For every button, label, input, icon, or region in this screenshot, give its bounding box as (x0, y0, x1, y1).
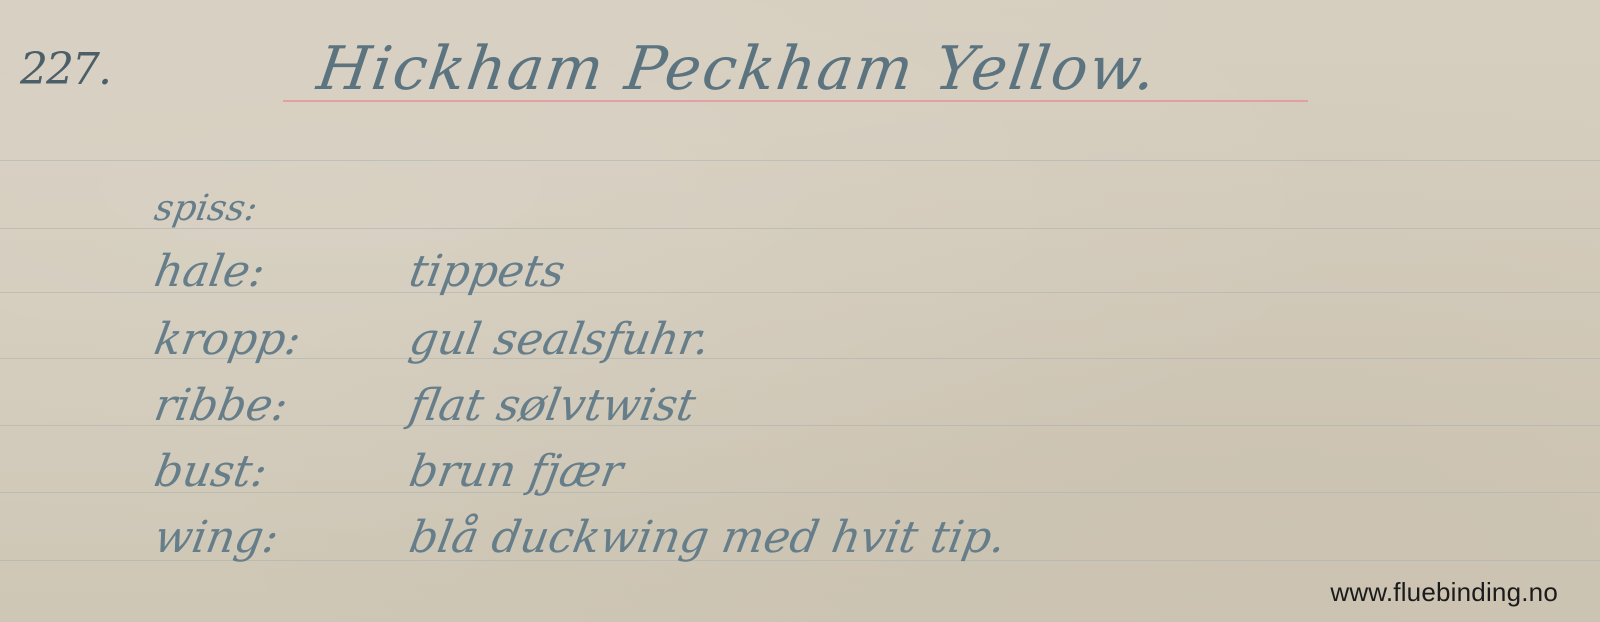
recipe-row-bust: bust:brun fjær (151, 446, 627, 497)
recipe-row-spiss: spiss: (151, 188, 413, 229)
recipe-label: hale: (151, 246, 415, 297)
recipe-row-hale: hale:tippets (151, 246, 569, 297)
watermark-url: www.fluebinding.no (1330, 577, 1558, 608)
recipe-value: gul sealsfuhr. (406, 314, 714, 365)
recipe-row-wing: wing:blå duckwing med hvit tip. (151, 512, 1010, 563)
recipe-card: 227. Hickham Peckham Yellow. spiss: hale… (0, 0, 1600, 622)
recipe-row-kropp: kropp:gul sealsfuhr. (151, 314, 714, 365)
card-number: 227. (20, 44, 110, 95)
recipe-value: brun fjær (406, 446, 627, 497)
recipe-row-ribbe: ribbe:flat sølvtwist (151, 380, 700, 431)
recipe-value: flat sølvtwist (406, 380, 700, 431)
recipe-label: bust: (151, 446, 415, 497)
recipe-label: wing: (151, 512, 415, 563)
ruled-line (0, 160, 1600, 161)
recipe-label: ribbe: (151, 380, 415, 431)
recipe-label: spiss: (151, 188, 413, 229)
recipe-value: tippets (406, 246, 569, 297)
recipe-label: kropp: (151, 314, 415, 365)
recipe-value: blå duckwing med hvit tip. (406, 512, 1010, 563)
fly-pattern-title: Hickham Peckham Yellow. (313, 34, 1162, 104)
